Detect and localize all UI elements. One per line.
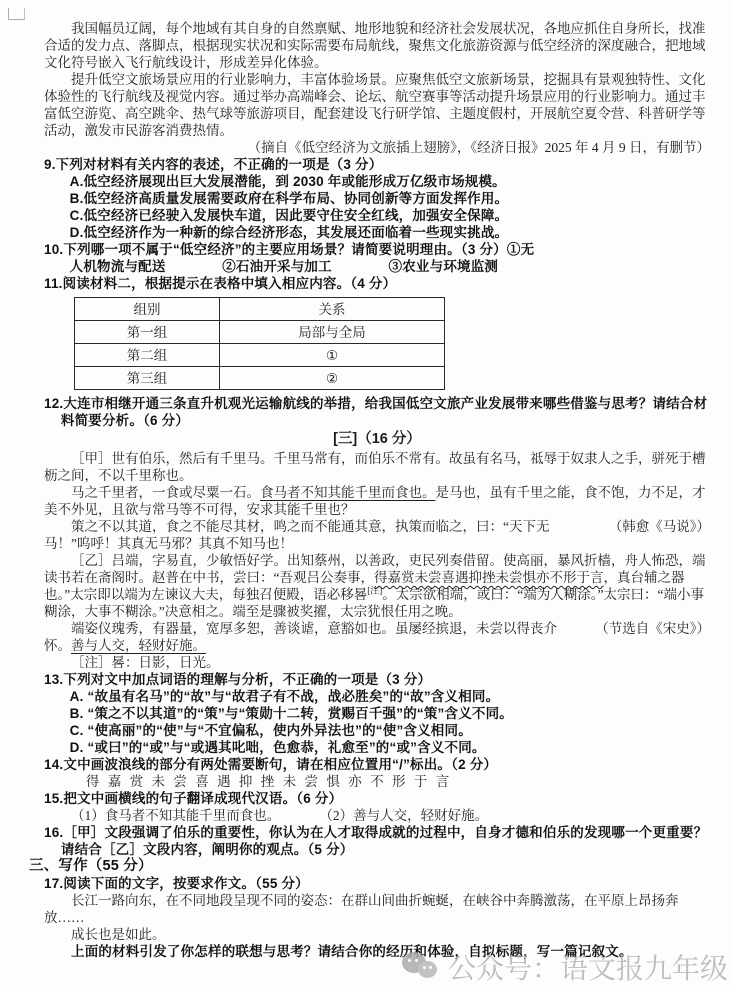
jia-p2-pre: 马之千里者，一食或尽粟一石。	[71, 485, 260, 500]
table-header-relation: 关系	[220, 298, 445, 321]
question-15-stem: 15.把文中画横线的句子翻译成现代汉语。（6 分）	[44, 790, 710, 807]
yi-source: （节选自《宋史》）	[568, 620, 710, 637]
question-10-item-3: ③农业与环境监测	[389, 258, 499, 275]
question-15-item-1: （1）食马者不知其能千里而食也。	[71, 808, 280, 823]
watermark-text: 公众号：语文报九年级	[448, 960, 728, 977]
question-15-items: （1）食马者不知其能千里而食也。（2）善与人交，轻财好施。	[44, 807, 710, 824]
question-14-stem: 14.文中画波浪线的部分有两处需要断句，请在相应位置用“/”标出。（2 分）	[44, 756, 710, 773]
jia-source: （韩愈《马说》）	[582, 518, 710, 535]
footnote: ［注］晷：日影，日光。	[44, 654, 710, 671]
question-10-item-1: 人机物流与配送	[70, 258, 166, 275]
jia-p3-text: 策之不以其道，食之不能尽其材，鸣之而不能通其意，执策而临之，曰：“天下无马！”呜…	[44, 519, 550, 551]
question-9-option-d: D.低空经济作为一种新的综合经济形态，其发展还面临着一些现实挑战。	[44, 224, 710, 241]
material-attribution: （摘自《低空经济为文旅插上翅膀》，《经济日报》2025 年 4 月 9 日，有删…	[44, 139, 710, 156]
passage-yi-paragraph-1: ［乙］吕端，字易直，少敏悟好学。出知蔡州，以善政，吏民列奏借留。使高丽，暴风折樯…	[44, 552, 710, 620]
jia-p2-underlined: 食马者不知其能千里而食也。	[260, 485, 436, 500]
question-13-option-d: D. “或曰”的“或”与“或遇其叱咄，色愈恭，礼愈至”的“或”含义不同。	[44, 739, 710, 756]
table-header-row: 组别 关系	[75, 298, 445, 321]
writing-material-paragraph-2: 成长也是如此。	[44, 926, 710, 943]
writing-section-heading: 三、写作（55 分）	[29, 858, 710, 875]
table-cell: 局部与全局	[220, 321, 445, 344]
yi-p2-underlined: 善与人交，轻财好施。	[71, 638, 206, 653]
writing-material-paragraph-1: 长江一路向东，在不同地段呈现不同的姿态：在群山间曲折蜿蜒，在峡谷中奔腾激荡，在平…	[44, 892, 710, 926]
table-row: 第二组 ①	[75, 344, 445, 367]
material-paragraph-1: 我国幅员辽阔，每个地域有其自身的自然禀赋、地形地貌和经济社会发展状况，各地应抓住…	[44, 20, 710, 71]
question-10-items: 人机物流与配送②石油开采与加工③农业与环境监测	[44, 258, 710, 275]
table-row: 第三组 ②	[75, 367, 445, 390]
question-9-stem: 9.下列对材料有关内容的表述，不正确的一项是（3 分）	[44, 156, 710, 173]
passage-jia-paragraph-1: ［甲］世有伯乐，然后有千里马。千里马常有，而伯乐不常有。故虽有名马，祗辱于奴隶人…	[44, 450, 710, 484]
question-13-option-b: B. “策之不以其道”的“策”与“策勋十二转，赏赐百千强”的“策”含义不同。	[44, 705, 710, 722]
question-9-option-c: C.低空经济已经驶入发展快车道，因此要守住安全红线，加强安全保障。	[44, 207, 710, 224]
table-cell: 第一组	[75, 321, 220, 344]
question-13-option-a: A. “故虽有名马”的“故”与“故君子有不战，战必胜矣”的“故”含义相同。	[44, 688, 710, 705]
passage-jia-paragraph-3: （韩愈《马说》）策之不以其道，食之不能尽其材，鸣之而不能通其意，执策而临之，曰：…	[44, 518, 710, 552]
writing-prompt: 上面的材料引发了你怎样的联想与思考？请结合你的经历和体验，自拟标题，写一篇记叙文…	[44, 943, 710, 960]
table-cell: ①	[220, 344, 445, 367]
table-cell: 第二组	[75, 344, 220, 367]
question-13-stem: 13.下列对文中加点词语的理解与分析，不正确的一项是（3 分）	[44, 671, 710, 688]
question-11-stem: 11.阅读材料二，根据提示在表格中填入相应内容。（4 分）	[44, 275, 710, 292]
question-10-item-2: ②石油开采与加工	[222, 258, 332, 275]
scan-corner-mark	[8, 8, 25, 20]
question-9-option-a: A.低空经济展现出巨大发展潜能，到 2030 年或能形成万亿级市场规模。	[44, 173, 710, 190]
exam-paper-page: 我国幅员辽阔，每个地域有其自身的自然禀赋、地形地貌和经济社会发展状况，各地应抓住…	[0, 0, 732, 990]
question-14-sentence: 得嘉赏未尝喜遇抑挫未尝惧亦不形于言	[44, 773, 710, 790]
question-15-item-2: （2）善与人交，轻财好施。	[326, 808, 488, 823]
material-paragraph-2: 提升低空文旅场景应用的行业影响力，丰富体验场景。应聚焦低空文旅新场景，挖掘具有景…	[44, 71, 710, 139]
question-16-stem: 16.［甲］文段强调了伯乐的重要性，你认为在人才取得成就的过程中，自身才德和伯乐…	[44, 824, 710, 858]
question-13-option-c: C. “使高丽”的“使”与“不宜偏私，使内外异法也”的“使”含义相同。	[44, 722, 710, 739]
yi-p1-wavy-underlined: 得嘉赏未尝喜遇抑挫未尝惧亦不形于言	[374, 570, 604, 585]
question-9-option-b: B.低空经济高质量发展需要政府在科学布局、协同创新等方面发挥作用。	[44, 190, 710, 207]
table-header-group: 组别	[75, 298, 220, 321]
table-cell: ②	[220, 367, 445, 390]
table-cell: 第三组	[75, 367, 220, 390]
note-reference-marker: [注]	[367, 586, 382, 596]
question-10-stem: 10.下列哪一项不属于“低空经济”的主要应用场景？请简要说明理由。（3 分）①无	[44, 241, 710, 258]
section-3-header: [三]（16 分）	[44, 431, 710, 448]
passage-yi-paragraph-2: （节选自《宋史》）端姿仪瑰秀，有器量，宽厚多恕，善谈谑，意豁如也。虽屡经摈退，未…	[44, 620, 710, 654]
table-row: 第一组 局部与全局	[75, 321, 445, 344]
question-17-stem: 17.阅读下面的文字，按要求作文。（55 分）	[44, 875, 710, 892]
passage-jia-paragraph-2: 马之千里者，一食或尽粟一石。食马者不知其能千里而食也。是马也，虽有千里之能，食不…	[44, 484, 710, 518]
fill-in-table: 组别 关系 第一组 局部与全局 第二组 ① 第三组 ②	[74, 297, 445, 390]
question-12-stem: 12.大连市相继开通三条直升机观光运输航线的举措，给我国低空文旅产业发展带来哪些…	[44, 395, 710, 429]
